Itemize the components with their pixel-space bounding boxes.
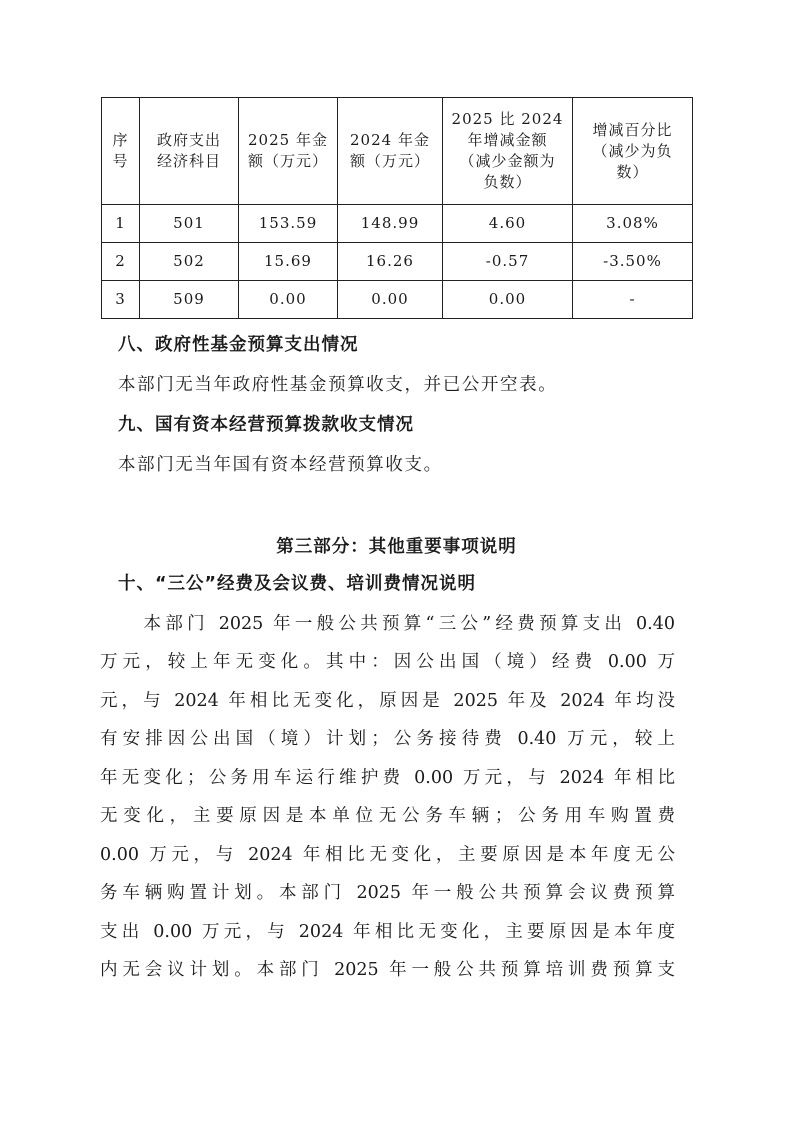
paragraph-line: 支出 0.00 万元，与 2024 年相比无变化，主要原因是本年度 [100,918,675,943]
header-2025-amount: 2025 年金额（万元） [239,98,338,205]
cell-change: 4.60 [443,205,573,243]
budget-comparison-table: 序号 政府支出经济科目 2025 年金额（万元） 2024 年金额（万元） 20… [101,97,693,319]
cell-2025: 15.69 [239,243,338,281]
paragraph-line: 有安排因公出国（境）计划；公务接待费 0.40 万元，较上 [100,725,675,750]
paragraph-line: 无变化，主要原因是本单位无公务车辆；公务用车购置费 [100,802,675,827]
table-row: 2 502 15.69 16.26 -0.57 -3.50% [102,243,693,281]
paragraph-line: 万元，较上年无变化。其中：因公出国（境）经费 0.00 万 [100,648,675,673]
cell-change: -0.57 [443,243,573,281]
table-row: 3 509 0.00 0.00 0.00 - [102,281,693,319]
cell-subject: 502 [140,243,239,281]
paragraph-line: 年无变化；公务用车运行维护费 0.00 万元，与 2024 年相比 [100,764,675,789]
header-change-percent: 增减百分比（减少为负数） [573,98,693,205]
paragraph-line: 元，与 2024 年相比无变化，原因是 2025 年及 2024 年均没 [100,687,675,712]
cell-percent: - [573,281,693,319]
section-8-body: 本部门无当年政府性基金预算收支，并已公开空表。 [118,371,678,396]
cell-2025: 0.00 [239,281,338,319]
cell-subject: 501 [140,205,239,243]
paragraph-line: 务车辆购置计划。本部门 2025 年一般公共预算会议费预算 [100,879,675,904]
cell-2024: 148.99 [338,205,443,243]
cell-2024: 16.26 [338,243,443,281]
cell-change: 0.00 [443,281,573,319]
header-2024-amount: 2024 年金额（万元） [338,98,443,205]
cell-percent: 3.08% [573,205,693,243]
part-3-title: 第三部分：其他重要事项说明 [0,533,793,558]
section-10-heading: 十、“三公”经费及会议费、培训费情况说明 [118,570,678,595]
header-change-amount: 2025 比 2024年增减金额（减少金额为负数） [443,98,573,205]
section-9-body: 本部门无当年国有资本经营预算收支。 [118,451,678,476]
table-header-row: 序号 政府支出经济科目 2025 年金额（万元） 2024 年金额（万元） 20… [102,98,693,205]
paragraph-line: 0.00 万元，与 2024 年相比无变化，主要原因是本年度无公 [100,841,675,866]
table-row: 1 501 153.59 148.99 4.60 3.08% [102,205,693,243]
header-index: 序号 [102,98,140,205]
cell-percent: -3.50% [573,243,693,281]
cell-index: 2 [102,243,140,281]
cell-2025: 153.59 [239,205,338,243]
section-9-heading: 九、国有资本经营预算拨款收支情况 [118,411,678,436]
section-8-heading: 八、政府性基金预算支出情况 [118,331,678,356]
cell-subject: 509 [140,281,239,319]
paragraph-line: 内无会议计划。本部门 2025 年一般公共预算培训费预算支 [100,956,675,981]
paragraph-line: 本部门 2025 年一般公共预算“三公”经费预算支出 0.40 [100,610,675,635]
header-econ-subject: 政府支出经济科目 [140,98,239,205]
cell-index: 1 [102,205,140,243]
cell-2024: 0.00 [338,281,443,319]
cell-index: 3 [102,281,140,319]
